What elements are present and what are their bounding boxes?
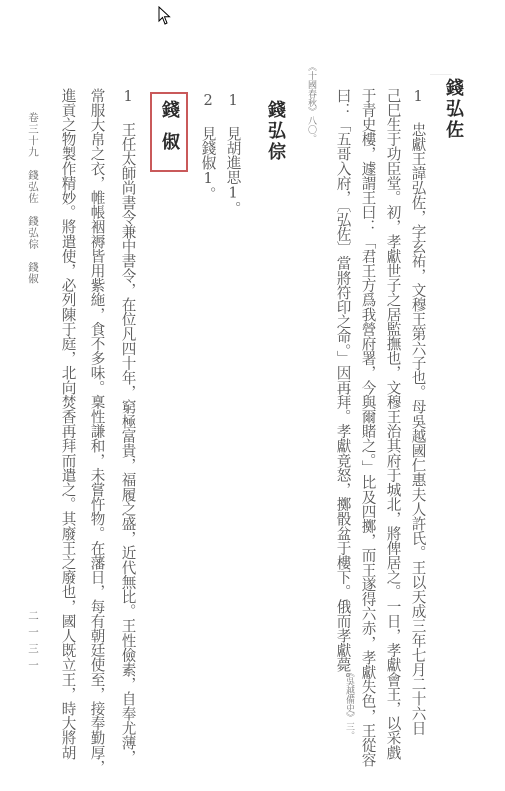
source-note: 《十國春秋》八〇。 [305,62,318,143]
section-title-qian-chu[interactable]: 錢俶 [150,92,188,172]
running-header: 卷三十九 錢弘佐 錢弘倧 錢俶 [26,112,41,285]
paragraph-line: 曰：「五哥入府，〔弘佐〕當將符印之命。」因再拜。孝獻竟怒，擲骰盆于樓下。俄而孝獻… [335,88,350,687]
paragraph-line: 常服大帛之衣，帷帳裀褥皆用紫絁，食不多味。稟性謙和，未嘗忤物。在藩日，每有朝廷使… [89,88,104,774]
paragraph-line: 進貢之物製作精妙。將遣使，必列陳于庭，北向焚香再拜而遣之。其廢王之廢也，國人既立… [60,88,75,760]
paragraph-line: 2 見錢俶1。 [200,92,215,201]
paragraph-line: 1 王任太師尚書令兼中書令，在位凡四十年，窮極富貴，福履之盛，近代無比。王性儉素… [120,88,135,764]
page-number: 二一三一 [26,610,41,676]
mouse-cursor-icon [158,6,172,26]
section-title-qian-hongcong: 錢弘倧 [262,100,288,163]
paragraph-line: 于青史樓，遽謂王曰：「君王方爲我營府署，今與爾賭之。」比及四擲，而王遂得六赤，孝… [360,88,375,767]
paragraph-line: 1 忠獻王諱弘佐，字玄祐，文穆王第六子也。母吳越國仁惠夫人許氏。王以天成三年七月… [410,88,425,735]
paragraph-line: 己巳生于功臣堂。初，孝獻世子之居監撫也，文穆王治其府于城北，將俾居之。一日，孝獻… [385,88,400,760]
section-title-qian-hongzuo: 錢弘佐 [440,78,466,141]
source-note: 《吳越備史》三。 [343,668,356,740]
paragraph-line: 1 見胡進思1。 [225,92,240,216]
rule-line [430,74,452,75]
